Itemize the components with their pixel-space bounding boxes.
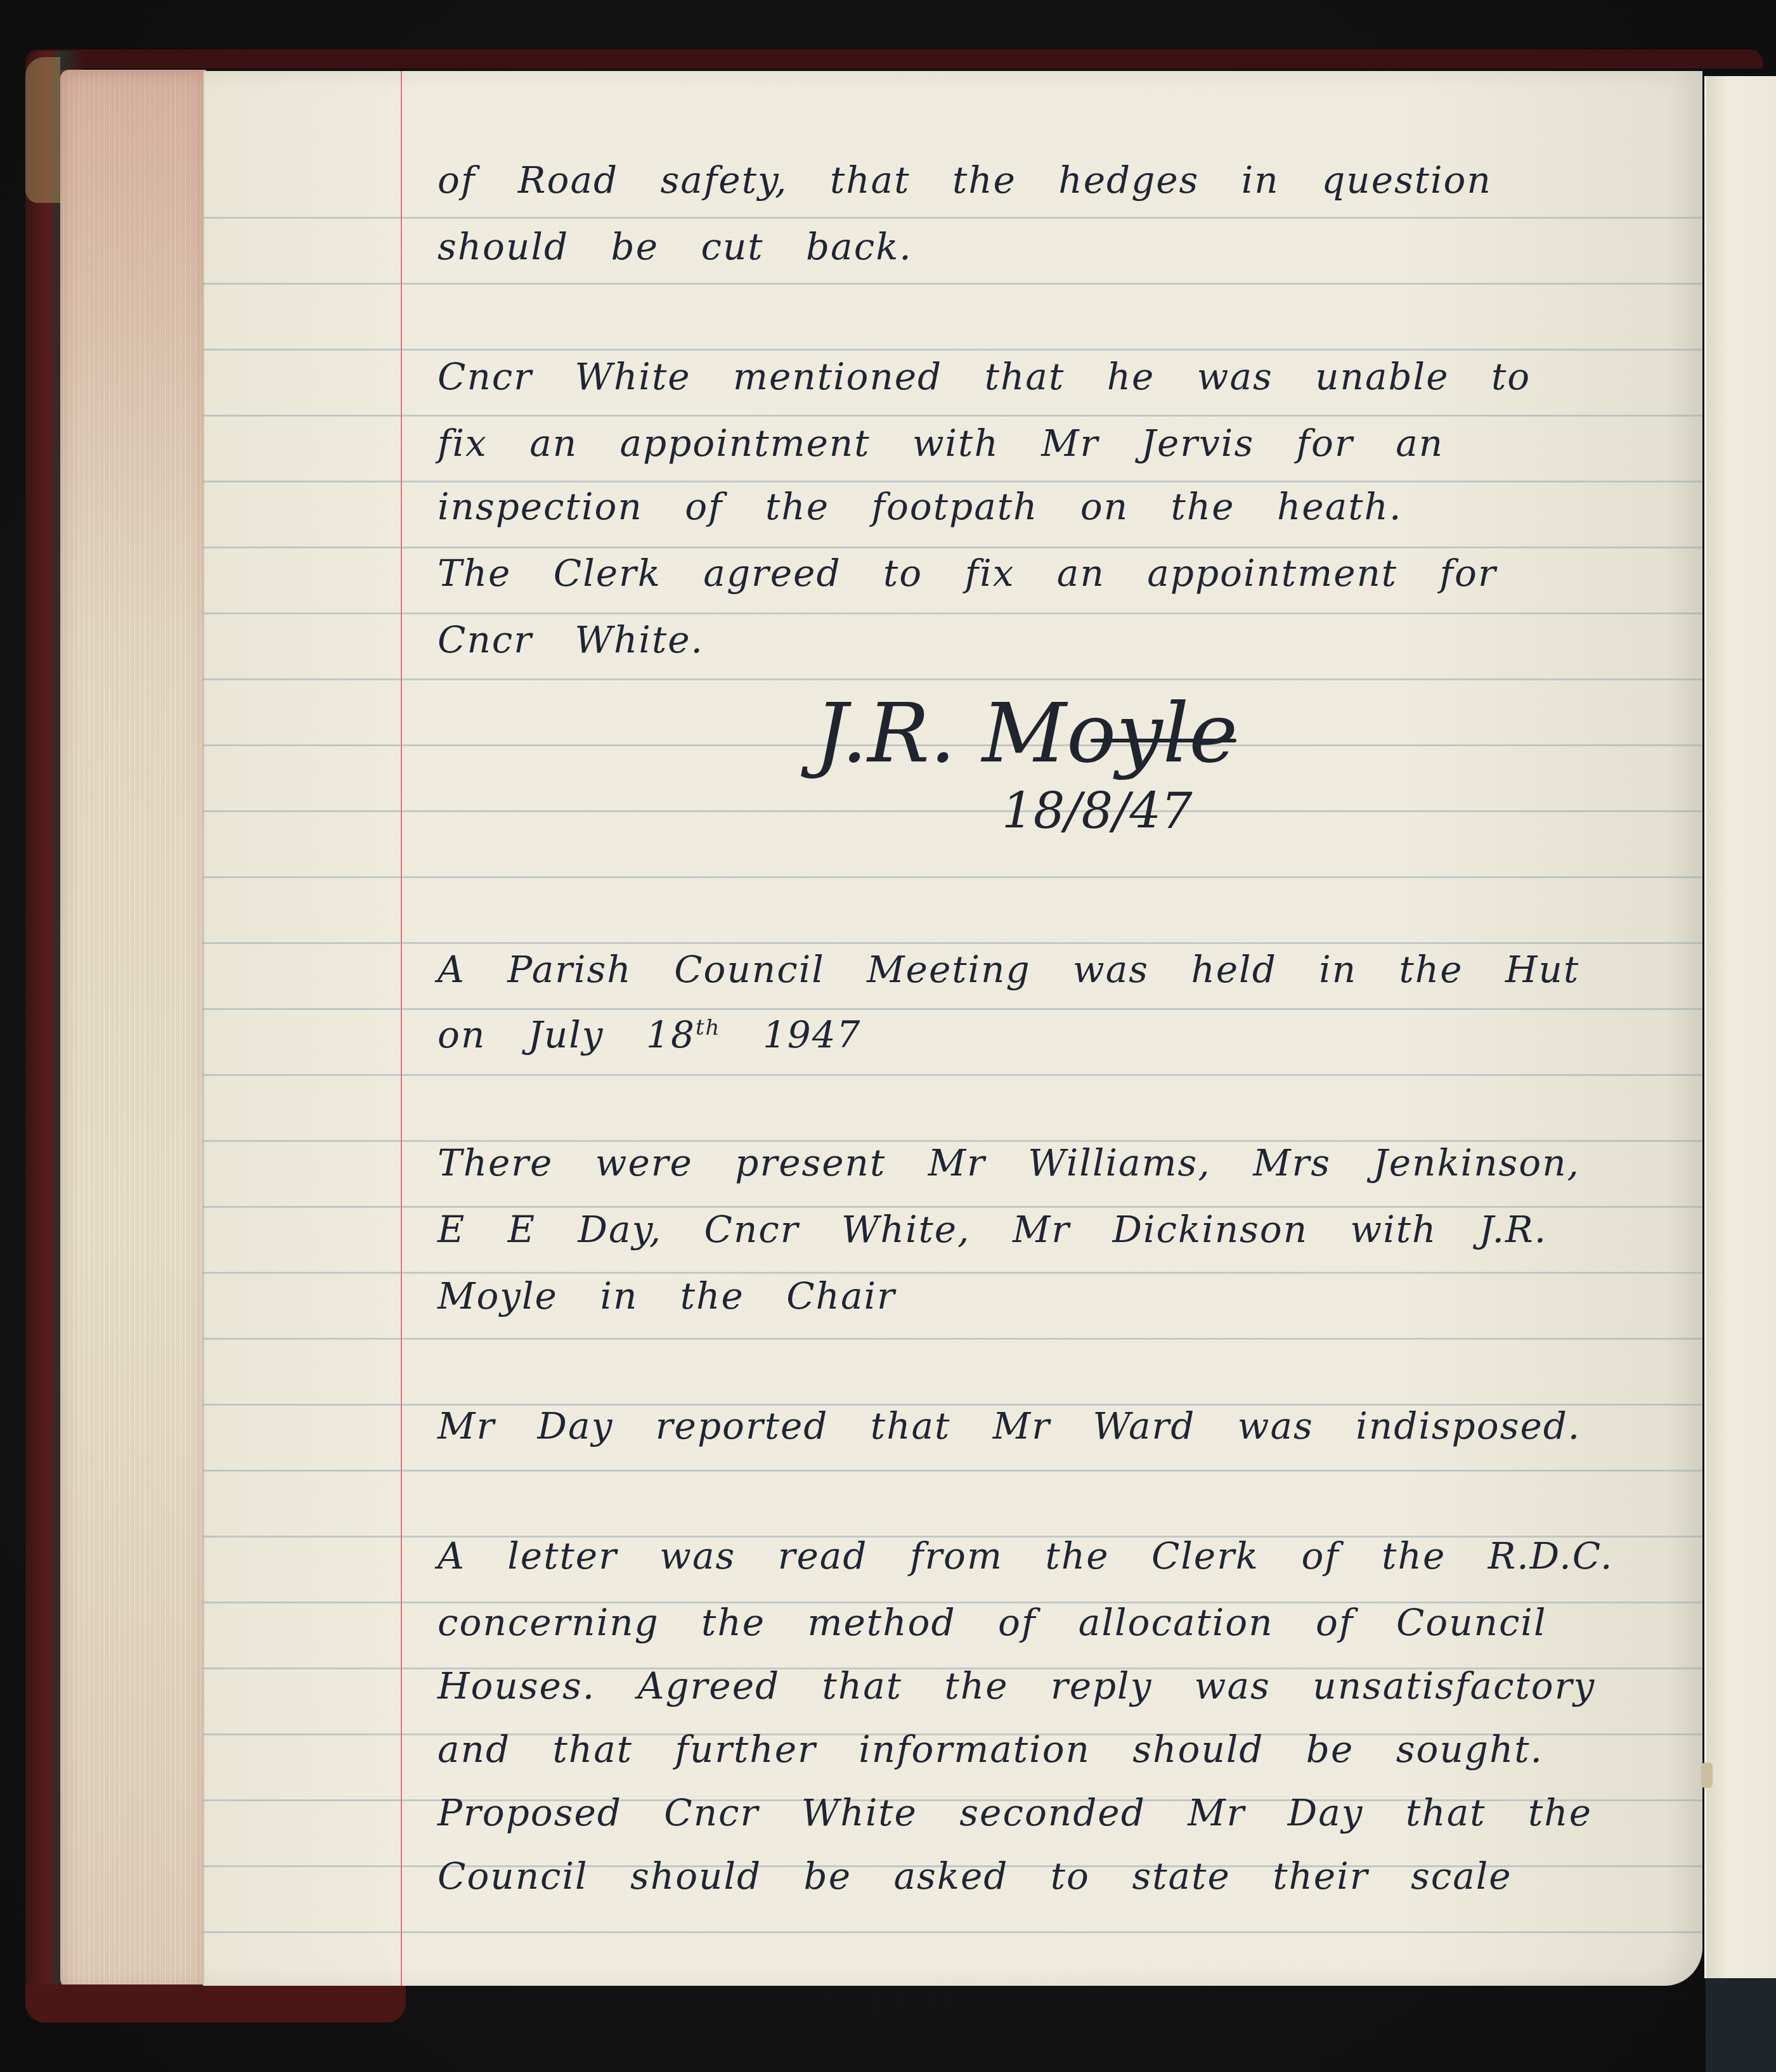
- page-tear: [1701, 1763, 1713, 1788]
- ruled-line: [203, 612, 1702, 614]
- ruled-line: [203, 283, 1702, 285]
- handwritten-line: A letter was read from the Clerk of the …: [438, 1534, 1613, 1577]
- handwritten-line: concerning the method of allocation of C…: [438, 1601, 1546, 1644]
- handwritten-line: should be cut back.: [438, 225, 912, 268]
- ruled-line: [203, 1470, 1702, 1472]
- ruled-line: [203, 217, 1702, 219]
- ruled-line: [203, 810, 1702, 812]
- book-binding-bottom: [25, 1985, 406, 2023]
- handwritten-line: There were present Mr Williams, Mrs Jenk…: [438, 1141, 1580, 1184]
- handwritten-line: The Clerk agreed to fix an appointment f…: [438, 552, 1497, 595]
- ruled-line: [203, 1074, 1702, 1076]
- handwritten-line: A Parish Council Meeting was held in the…: [438, 948, 1579, 991]
- facing-page-edge: [1704, 76, 1776, 1978]
- ruled-line: [203, 547, 1702, 548]
- handwritten-line: Mr Day reported that Mr Ward was indispo…: [438, 1404, 1581, 1447]
- handwritten-line: Houses. Agreed that the reply was unsati…: [438, 1664, 1595, 1707]
- worn-corner: [25, 57, 60, 203]
- handwritten-line: Council should be asked to state their s…: [438, 1855, 1512, 1898]
- ruled-line: [203, 942, 1702, 944]
- signature-flourish: [1091, 739, 1236, 742]
- ruled-line: [203, 1272, 1702, 1274]
- handwritten-line: Proposed Cncr White seconded Mr Day that…: [438, 1791, 1592, 1834]
- handwritten-line: Cncr White mentioned that he was unable …: [438, 355, 1531, 398]
- handwritten-line: and that further information should be s…: [438, 1728, 1543, 1771]
- meeting-year: 1947: [763, 1013, 862, 1056]
- handwritten-line: inspection of the footpath on the heath.: [438, 485, 1402, 528]
- ruled-line: [203, 1338, 1702, 1340]
- meeting-date-text: on July 18: [438, 1013, 696, 1056]
- page-gutter: [203, 71, 204, 1986]
- handwritten-line: E E Day, Cncr White, Mr Dickinson with J…: [438, 1208, 1547, 1251]
- ruled-line: [203, 481, 1702, 482]
- ruled-line: [203, 1008, 1702, 1010]
- handwritten-line: fix an appointment with Mr Jervis for an: [438, 422, 1444, 465]
- signature-date: 18/8/47: [1002, 783, 1193, 840]
- page-stack-edges: [60, 70, 206, 1991]
- book-scan: of Road safety, that the hedges in quest…: [0, 0, 1776, 2072]
- book-binding-top: [25, 49, 1763, 68]
- meeting-date-line: on July 18th 1947: [438, 1013, 861, 1056]
- facing-cover: [1706, 1978, 1776, 2072]
- ruled-line: [203, 1931, 1702, 1933]
- ruled-line: [203, 678, 1702, 680]
- date-ordinal: th: [696, 1015, 721, 1040]
- handwritten-line: of Road safety, that the hedges in quest…: [438, 159, 1492, 202]
- handwritten-line: Cncr White.: [438, 618, 704, 661]
- chairman-signature: J.R. Moyle: [815, 685, 1238, 781]
- ruled-line: [203, 349, 1702, 351]
- ruled-line: [203, 876, 1702, 878]
- red-margin-line: [401, 71, 402, 1986]
- ruled-line: [203, 415, 1702, 417]
- handwritten-line: Moyle in the Chair: [438, 1274, 896, 1318]
